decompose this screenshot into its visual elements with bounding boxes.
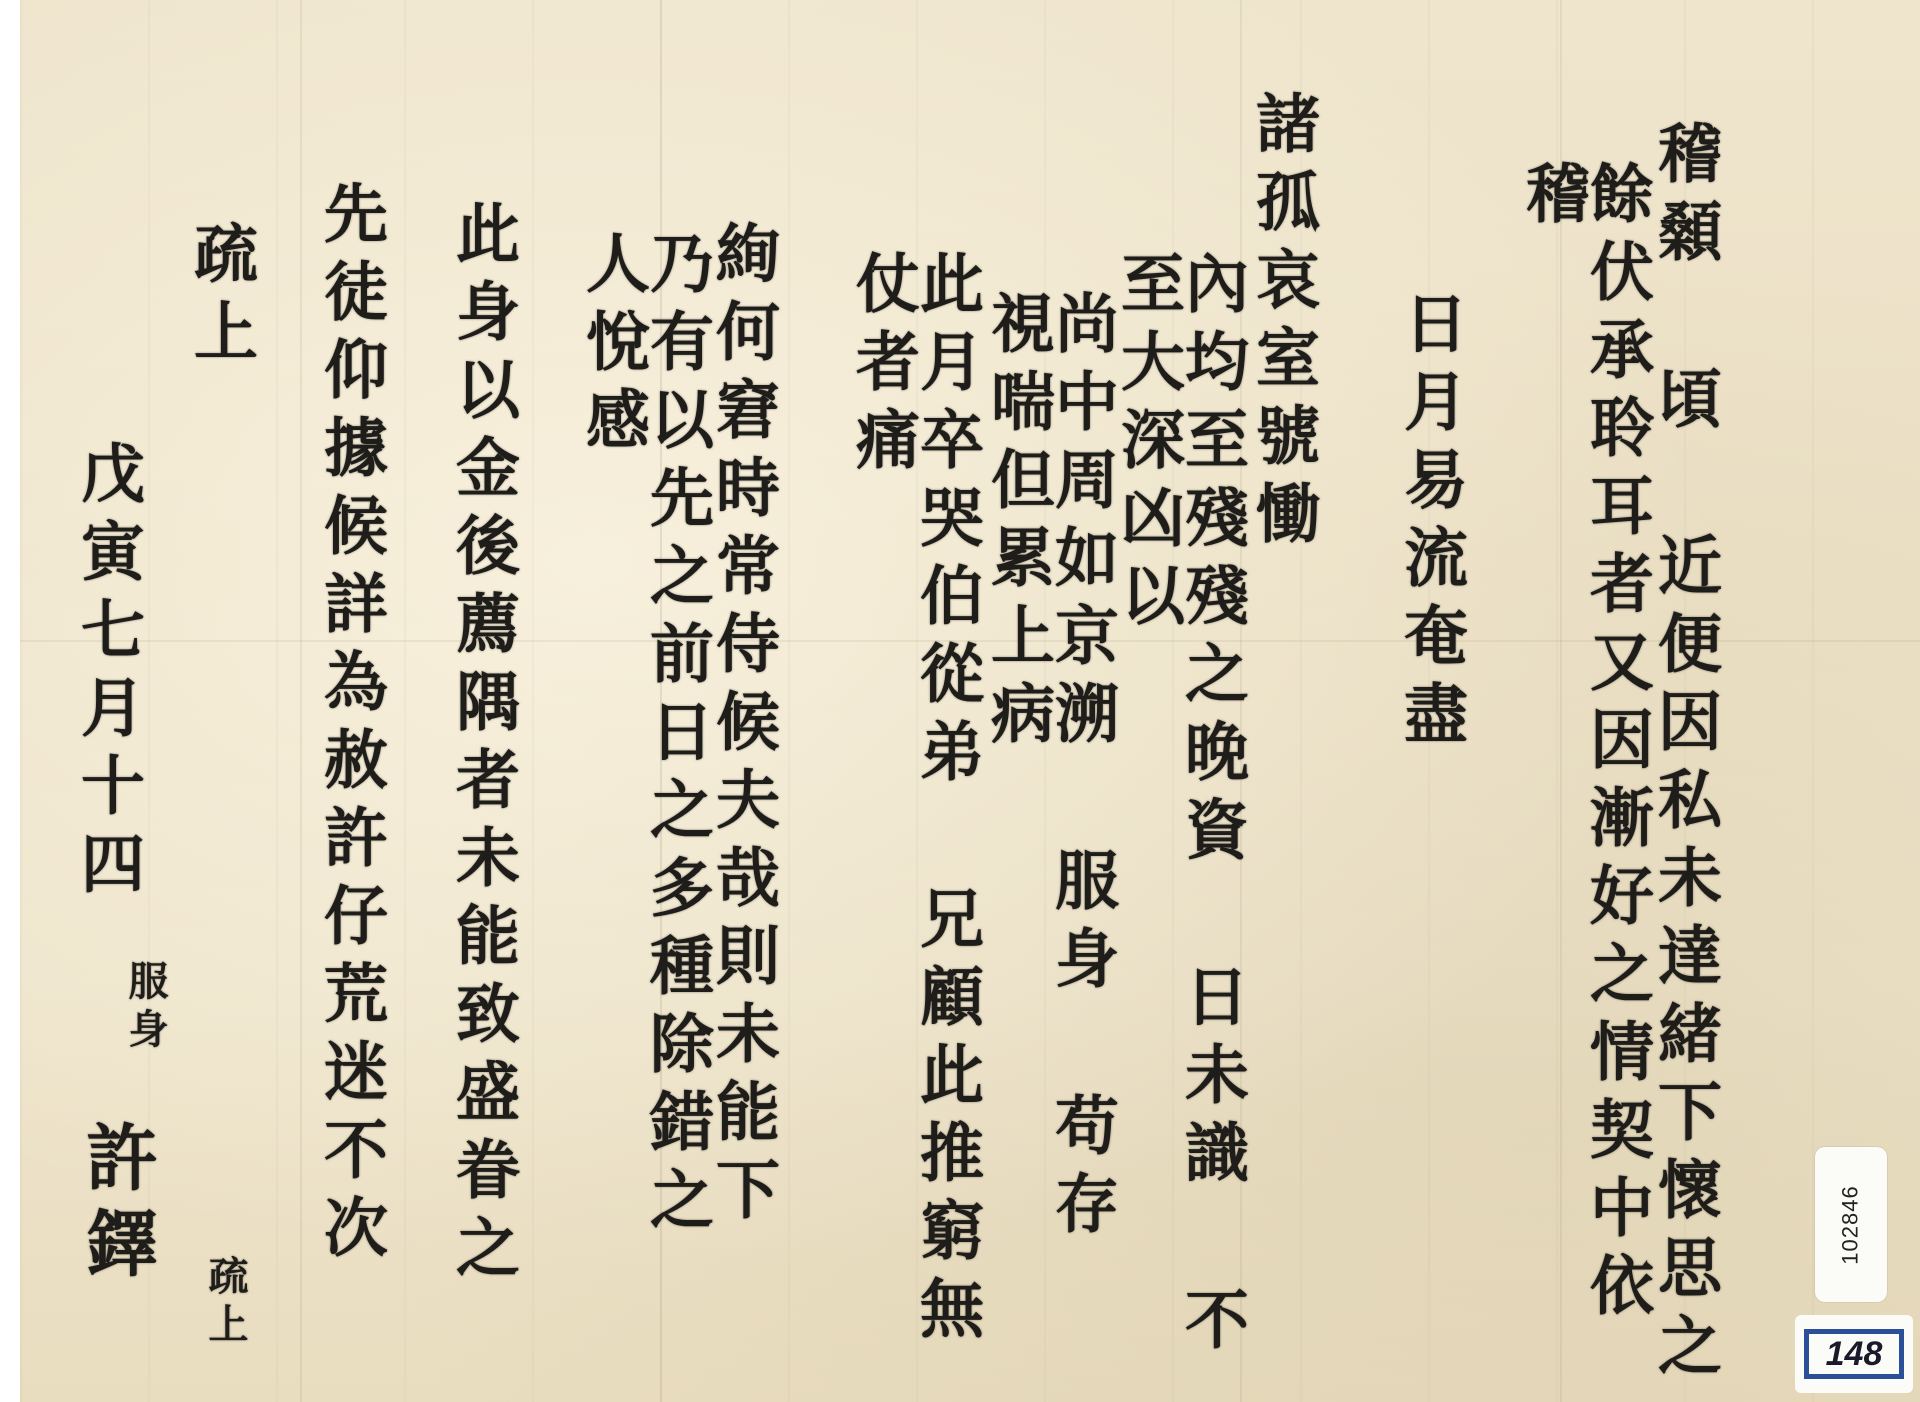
letter-column-1: 稽顙 頃 近便因私未達緒下懷思之 <box>1652 120 1716 1390</box>
letter-title: 服身 <box>125 960 165 1056</box>
item-number-tag: 148 <box>1795 1315 1913 1393</box>
letter-column-4: 諸孤哀室號慟 <box>1250 90 1314 558</box>
letter-column-7: 此月卒哭伯從弟 兄顧此推窮無仗者痛 <box>850 250 978 1402</box>
letter-column-9: 乃有以先之前日之多種除錯之 人悅感 <box>580 230 708 1402</box>
letter-column-3: 日月易流奄盡 <box>1398 290 1462 758</box>
letter-signature: 許鐸 <box>80 1120 152 1292</box>
letter-column-2: 餘伏承聆耳者又因漸好之情契中依稽 <box>1520 160 1648 1402</box>
letter-column-8: 絢何窘時常侍候夫哉則未能下 <box>710 220 774 1234</box>
fold-line <box>300 0 302 1402</box>
letter-column-10: 此身以金後薦隅者未能致盛眷之 <box>450 200 514 1292</box>
letter-column-11: 先徒仰據候詳為赦許仔荒迷不次 <box>318 180 382 1272</box>
letter-column-12: 疏上 <box>188 220 252 376</box>
letter-date: 戊寅七月十四 <box>75 440 139 908</box>
catalog-id-tag: 102846 <box>1815 1147 1887 1302</box>
letter-column-5: 內均至殘殘之晚資 日未識 不至大深凶以 <box>1115 250 1243 1402</box>
letter-sign-off: 疏上 <box>205 1255 245 1351</box>
item-number: 148 <box>1804 1329 1904 1379</box>
letter-column-6: 尚中周如京溯 服身 苟存 視喘但累上病 <box>985 290 1113 1402</box>
catalog-id: 102846 <box>1838 1185 1864 1264</box>
